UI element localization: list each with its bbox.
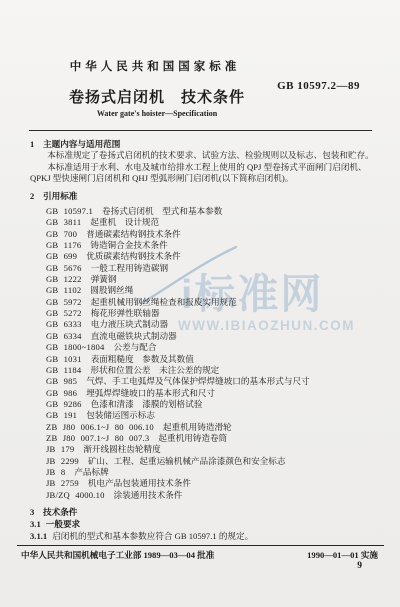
standard-title: 机电产品包装通用技术条件	[88, 478, 191, 488]
section-1-heading: 1主题内容与适用范围	[30, 139, 374, 150]
section-3-1-heading: 3.1一般要求	[30, 519, 374, 530]
referenced-standard-item: ZB J80 007.1~J 80 007.3起重机用铸造卷筒	[46, 433, 374, 444]
standard-code: GB 5972	[46, 297, 82, 308]
standard-title: 卷扬式启闭机 型式和基本参数	[102, 206, 222, 216]
section-2-heading: 2引用标准	[30, 191, 374, 202]
referenced-standard-item: GB 191包装储运图示标志	[46, 410, 374, 421]
standard-code: GB 5272	[46, 308, 82, 319]
footer-divider	[17, 545, 384, 546]
implementation-note: 1990—01—01 实施	[307, 549, 378, 561]
referenced-standard-item: GB 985气焊、手工电弧焊及气体保护焊焊缝坡口的基本形式与尺寸	[46, 376, 374, 387]
standard-title: 圆股钢丝绳	[90, 285, 133, 295]
section-3-title: 技术条件	[43, 507, 77, 517]
standard-title: 弹簧钢	[91, 274, 117, 284]
standard-title: 梅花形弹性联轴器	[91, 308, 160, 318]
standard-code: GB 1102	[46, 285, 81, 296]
referenced-standard-item: GB 1102圆股钢丝绳	[46, 285, 374, 296]
referenced-standard-item: GB 9286色漆和清漆 漆膜的划格试验	[46, 399, 374, 410]
section-3-heading: 3技术条件	[30, 507, 374, 518]
standard-code: GB 5676	[46, 263, 82, 274]
standard-code: GB 1222	[46, 274, 82, 285]
standard-title: 表面粗糙度 参数及其数值	[91, 354, 194, 364]
clause-3-1-1-text: 启闭机的型式和基本参数应符合 GB 10597.1 的规定。	[52, 531, 253, 541]
standard-code: GB 191	[46, 410, 77, 421]
referenced-standard-item: GB 3811起重机 设计规范	[46, 217, 374, 228]
standard-title: 一般工程用铸造碳钢	[91, 263, 168, 273]
standard-code: JB 179	[46, 444, 74, 455]
section-1-paragraph: 本标准适用于水利、水电及城市给排水工程上使用的 QPJ 型卷扬式平面闸门启闭机、…	[30, 162, 374, 185]
standard-title: 普通碳素结构钢技术条件	[86, 229, 181, 239]
standard-title: 优质碳素结构钢技术条件	[86, 251, 181, 261]
standard-code: GB 699	[46, 251, 77, 262]
referenced-standard-item: GB 1800~1804公差与配合	[46, 342, 374, 353]
standard-title: 产品标牌	[74, 467, 108, 477]
standard-title: 埋弧焊焊缝坡口的基本形式和尺寸	[86, 388, 215, 398]
clause-3-1-1-number: 3.1.1	[30, 531, 47, 541]
referenced-standard-item: GB 986埋弧焊焊缝坡口的基本形式和尺寸	[46, 388, 374, 399]
header-divider	[29, 130, 372, 131]
standard-code: GB 1800~1804	[46, 342, 105, 353]
section-1-number: 1	[30, 139, 43, 150]
standard-code: JB 2299	[46, 456, 79, 467]
referenced-standard-item: GB 699优质碳素结构钢技术条件	[46, 251, 374, 262]
approval-note: 中华人民共和国机械电子工业部 1989—03—04 批准	[21, 549, 214, 561]
section-3-1-title: 一般要求	[46, 519, 80, 529]
standard-code: GB 1184	[46, 365, 81, 376]
section-1-paragraph: 本标准规定了卷扬式启闭机的技术要求、试验方法、检验规则以及标志、包装和贮存。	[30, 150, 374, 161]
document-subtitle-english: Water gate's hoister—Specification	[38, 109, 276, 118]
standard-title: 色漆和清漆 漆膜的划格试验	[91, 399, 203, 409]
section-3-1-number: 3.1	[30, 519, 41, 529]
section-2-title: 引用标准	[43, 191, 77, 201]
national-standard-label: 中华人民共和国国家标准	[50, 58, 260, 74]
referenced-standard-item: GB 1184形状和位置公差 未注公差的规定	[46, 365, 374, 376]
standard-title: 形状和位置公差 未注公差的规定	[90, 365, 219, 375]
standard-code: ZB J80 006.1~J 80 006.10	[46, 422, 154, 433]
standard-code: JB 2759	[46, 478, 79, 489]
standard-title: 包装储运图示标志	[86, 410, 155, 420]
referenced-standard-item: GB 1176铸造铜合金技术条件	[46, 240, 374, 251]
standard-code: GB 1031	[46, 354, 82, 365]
standard-title: 矿山、工程、起重运输机械产品涂漆颜色和安全标志	[88, 456, 286, 466]
standard-number: GB 10597.2—89	[277, 80, 360, 92]
standard-code: GB 9286	[46, 399, 82, 410]
standard-title: 气焊、手工电弧焊及气体保护焊焊缝坡口的基本形式与尺寸	[86, 376, 309, 386]
standard-code: JB 8	[46, 467, 65, 478]
referenced-standard-item: JB/ZQ 4000.10涂装通用技术条件	[46, 490, 374, 501]
clause-3-1-1: 3.1.1启闭机的型式和基本参数应符合 GB 10597.1 的规定。	[30, 531, 374, 542]
standard-code: GB 986	[46, 388, 77, 399]
standard-title: 涂装通用技术条件	[114, 490, 183, 500]
standard-title: 渐开线圆柱齿轮精度	[83, 444, 160, 454]
section-2-number: 2	[30, 191, 43, 202]
referenced-standard-item: JB 8产品标牌	[46, 467, 374, 478]
standard-code: JB/ZQ 4000.10	[46, 490, 105, 501]
page-number: 9	[357, 561, 362, 571]
standard-title: 起重机械用钢丝绳检查和报废实用规范	[91, 297, 237, 307]
standard-title: 直流电磁铁块式制动器	[91, 331, 177, 341]
referenced-standard-item: GB 6334直流电磁铁块式制动器	[46, 331, 374, 342]
referenced-standard-item: GB 1031表面粗糙度 参数及其数值	[46, 354, 374, 365]
standard-title: 电力液压块式制动器	[91, 319, 168, 329]
document-title: 卷扬式启闭机 技术条件	[38, 86, 276, 107]
referenced-standard-item: JB 2299矿山、工程、起重运输机械产品涂漆颜色和安全标志	[46, 456, 374, 467]
standard-code: GB 700	[46, 229, 77, 240]
standard-code: GB 6333	[46, 319, 82, 330]
referenced-standard-item: GB 6333电力液压块式制动器	[46, 319, 374, 330]
referenced-standard-item: JB 2759机电产品包装通用技术条件	[46, 478, 374, 489]
referenced-standard-item: GB 10597.1卷扬式启闭机 型式和基本参数	[46, 206, 374, 217]
standard-title: 起重机用铸造滑轮	[163, 422, 232, 432]
referenced-standard-item: ZB J80 006.1~J 80 006.10起重机用铸造滑轮	[46, 422, 374, 433]
referenced-standard-item: GB 5676一般工程用铸造碳钢	[46, 263, 374, 274]
standard-code: GB 6334	[46, 331, 82, 342]
standard-code: ZB J80 007.1~J 80 007.3	[46, 433, 149, 444]
standard-title: 起重机用铸造卷筒	[158, 433, 227, 443]
standard-code: GB 10597.1	[46, 206, 93, 217]
standard-title: 公差与配合	[114, 342, 157, 352]
standard-code: GB 985	[46, 376, 77, 387]
standard-title: 起重机 设计规范	[90, 217, 159, 227]
referenced-standard-item: GB 700普通碳素结构钢技术条件	[46, 229, 374, 240]
section-3-number: 3	[30, 507, 43, 518]
standard-code: GB 1176	[46, 240, 81, 251]
document-page: i标准网 WWW.IBIAOZHUN.COM 中华人民共和国国家标准 GB 10…	[0, 0, 400, 607]
standard-title: 铸造铜合金技术条件	[90, 240, 167, 250]
standard-code: GB 3811	[46, 217, 81, 228]
referenced-standard-item: GB 5972起重机械用钢丝绳检查和报废实用规范	[46, 297, 374, 308]
section-1-title: 主题内容与适用范围	[43, 139, 120, 149]
document-body: 1主题内容与适用范围 本标准规定了卷扬式启闭机的技术要求、试验方法、检验规则以及…	[30, 137, 374, 542]
referenced-standard-item: GB 1222弹簧钢	[46, 274, 374, 285]
referenced-standards-list: GB 10597.1卷扬式启闭机 型式和基本参数 GB 3811起重机 设计规范…	[46, 206, 374, 501]
referenced-standard-item: JB 179渐开线圆柱齿轮精度	[46, 444, 374, 455]
referenced-standard-item: GB 5272梅花形弹性联轴器	[46, 308, 374, 319]
